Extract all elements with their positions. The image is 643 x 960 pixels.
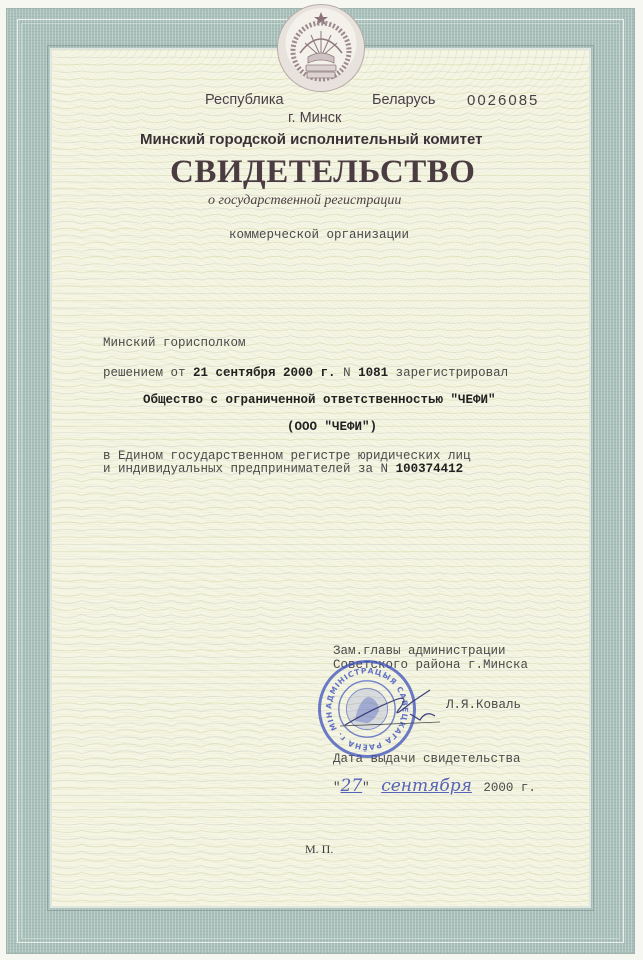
decision-number: 1081 [358,366,388,380]
issuing-authority: Минский городской исполнительный комитет [140,131,482,148]
registrar: Минский горисполком [103,336,246,350]
signature-scribble [340,680,450,740]
decision-number-label: N [343,366,351,380]
decision-line: решением от 21 сентября 2000 г. N 1081 з… [103,366,508,380]
register-line-1: в Едином государственном регистре юридич… [103,449,471,463]
issue-month: сентября [381,776,472,796]
document-title: СВИДЕТЕЛЬСТВО [170,154,475,191]
state-emblem-icon [277,4,365,92]
entity-type: коммерческой организации [229,228,409,242]
signatory-position-line-1: Зам.главы администрации [333,644,506,658]
decision-date: 21 сентября 2000 г. [193,366,336,380]
country-label-left: Республика [205,92,284,108]
issue-day: 27 [341,776,363,796]
decision-prefix: решением от [103,366,186,380]
seal-place-label: М. П. [305,842,333,857]
register-number: 100374412 [396,462,464,476]
issue-date: "27" сентября 2000 г. [333,776,536,796]
issue-year: 2000 г. [483,781,536,795]
company-short-name: (ООО "ЧЕФИ") [287,420,377,434]
register-line-2-prefix: и индивидуальных предпринимателей за N [103,462,388,476]
city-label: г. Минск [288,110,341,126]
register-line-2: и индивидуальных предпринимателей за N 1… [103,462,463,476]
serial-number: 0026085 [467,92,539,109]
company-full-name: Общество с ограниченной ответственностью… [143,393,496,407]
country-label-right: Беларусь [372,92,435,108]
decision-suffix: зарегистрировал [396,366,509,380]
signatory-name: Л.Я.Коваль [446,698,521,712]
document-subtitle: о государственной регистрации [208,193,401,209]
